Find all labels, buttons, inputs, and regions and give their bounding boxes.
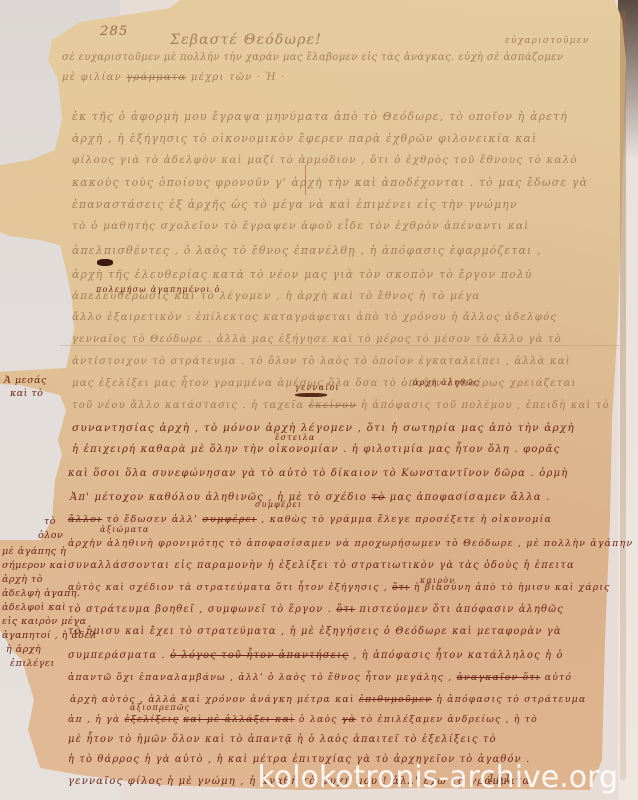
interlinear-note: ἀξιοπρεπῶς (130, 703, 190, 712)
text-line: τὸ ἡμισυ καὶ ἔχει τὸ στρατεύματα , ἡ μὲ … (68, 626, 562, 637)
text-line: ἀρχὴ τῆς ἐλευθερίας κατὰ τὸ νέον μας γιὰ… (72, 268, 533, 281)
text-line: κακοὺς τοὺς ὁποίους φρονοῦν γ' ἀρχὴ τὴν … (72, 176, 588, 189)
folio-number-top: 285 (100, 24, 128, 39)
ink-blot (97, 259, 113, 266)
top-right-note: εὐχαριστοῦμεν (505, 36, 589, 46)
text-line: ἀντίστοιχον τὸ στράτευμα . τὸ ὅλον τὸ λα… (72, 356, 571, 367)
text-line: ἐκ τῆς ὁ ἀφορμὴ μου ἔγραψα μηνύματα ἀπὸ … (72, 110, 568, 123)
header-line-1: σὲ ευχαριστοῦμεν μὲ πολλήν τὴν χαράν μας… (62, 52, 563, 63)
margin-note: τὸ (44, 516, 56, 527)
salutation: Σεβαστέ Θεόδωρε! (170, 32, 322, 48)
interlinear-note: γενναῖοι (295, 383, 340, 392)
text-line: καὶ ὅσοι ὅλα συνεφώνησαν γὰ τὸ αὐτὸ τὸ δ… (68, 468, 568, 479)
text-line: τοῦ νέου ἄλλο κατάστασις . ἡ ταχεῖα ἐκεί… (72, 400, 610, 411)
text-line: συναντησίας ἀρχὴ , τὸ μόνον ἀρχὴ λέγομεν… (72, 422, 575, 434)
fold-line (60, 345, 620, 346)
header-line-2: μὲ φιλίαν γράμματα μέχρι τῶν · Ἡ · (62, 72, 285, 83)
text-line: ἐπαναστάσεις ἐξ ἀρχῆς ὡς τὸ μέγα νὰ καὶ … (72, 198, 518, 211)
text-line: Ἀπ' μέτοχον καθόλου ἀληθινῶς , ἡ μὲ τὸ σ… (70, 492, 550, 503)
text-line: ἀπ , ἡ γὰ ἐξελίξεις καὶ μὲ ἀλλάξει καὶ ὁ… (68, 714, 538, 725)
margin-note: ἐπιλέγει (10, 658, 55, 669)
text-line: φίλους γιὰ τὸ ἀδελφὸν καὶ μαζί τὸ ἀρμόδι… (72, 154, 578, 166)
text-line: συμπεράσματα . ὁ λόγος τοῦ ἦτον ἀπαντήσε… (68, 650, 564, 661)
margin-note: ἀρχὴ τὸ (2, 574, 43, 585)
interlinear-note: καιρὸν (420, 576, 455, 585)
interlinear-note: πολεμήσω ἀγαπημένοι ὁ (96, 285, 220, 294)
margin-note: ὁλον (38, 530, 63, 541)
paper-edge-stain (620, 10, 626, 780)
text-line: ἀρχὴ , ἡ ἐξήγησις τὸ οἰκονομικὸν ἔφερεν … (72, 132, 537, 145)
margin-note: εἰς καιρὸν μέγα (2, 616, 87, 627)
ink-strike (295, 393, 327, 397)
text-line: ἀπαντῶ ὅχι ἐπαναλαμβάνω , ἀλλ' ὁ λαὸς τὸ… (68, 672, 572, 683)
interlinear-note: ἀξιώματα (100, 525, 150, 534)
margin-note: ἀδελφοὶ καὶ (2, 602, 66, 613)
margin-note: σήμερον καὶ (2, 560, 67, 571)
text-line: τὸ στράτευμα βοηθεῖ , συμφωνεῖ τὸ ἔργον … (68, 604, 564, 615)
margin-note: μὲ ἀγάπης ἡ (2, 546, 66, 557)
text-line: αὐτὸς καὶ σχέδιον τὰ στρατεύματα ὅτι ἦτο… (68, 582, 610, 593)
interlinear-note: ἔστειλα (275, 433, 315, 442)
text-line: ἄλλο ἐξαιρετικὸν : ἐπίλεκτος καταγράφετα… (72, 312, 557, 323)
watermark: kolokotronis-archive.org (258, 760, 618, 795)
margin-note: ἀδελφὴ ἀγαπη. (2, 588, 81, 599)
margin-note: Ἀ μεσάς (4, 375, 47, 386)
text-line: συναλλάσσονται εἰς παραμονὴν ἡ ἐξελίξει … (68, 560, 575, 571)
interlinear-note: ἀρχὴ ἀληθῶς (413, 378, 480, 387)
text-line: γενναῖος τὸ Θεόδωρε . ἀλλὰ μας ἐξήγησε κ… (72, 334, 562, 345)
text-line: μὲ ἦτον τὸ ἡμῶν ὅλον καὶ τὸ ἀπαντᾷ ἡ ὁ λ… (68, 734, 497, 745)
interlinear-note: συμφέρει (255, 500, 302, 509)
text-line: ἀρχὴν ἀληθινὴ φρονιμότης τὸ ἀποφασίσαμεν… (68, 538, 638, 549)
text-line: ἡ ἐπιχειρή καθαρὰ μὲ ὅλην τὴν οἰκονομίαν… (72, 444, 560, 455)
margin-note: ἀγαπητοί , ἡ ἀδελ (2, 630, 97, 641)
margin-note: ἡ ἀρχὴ (6, 644, 41, 655)
text-line: τὸ ὁ μαθητὴς σχολεῖον τὸ ἔγραψεν ἀφοῦ εἶ… (72, 220, 529, 232)
text-line: ἀπελπισθέντες , ὁ λαὸς τὸ ἔθνος ἐπανέλθῃ… (72, 244, 542, 257)
margin-note: καὶ τὸ (10, 388, 43, 399)
text-line: ἄλλοι τὸ ἔδωσεν ἀλλ' συμφέρει , καθὼς τὸ… (68, 514, 552, 525)
